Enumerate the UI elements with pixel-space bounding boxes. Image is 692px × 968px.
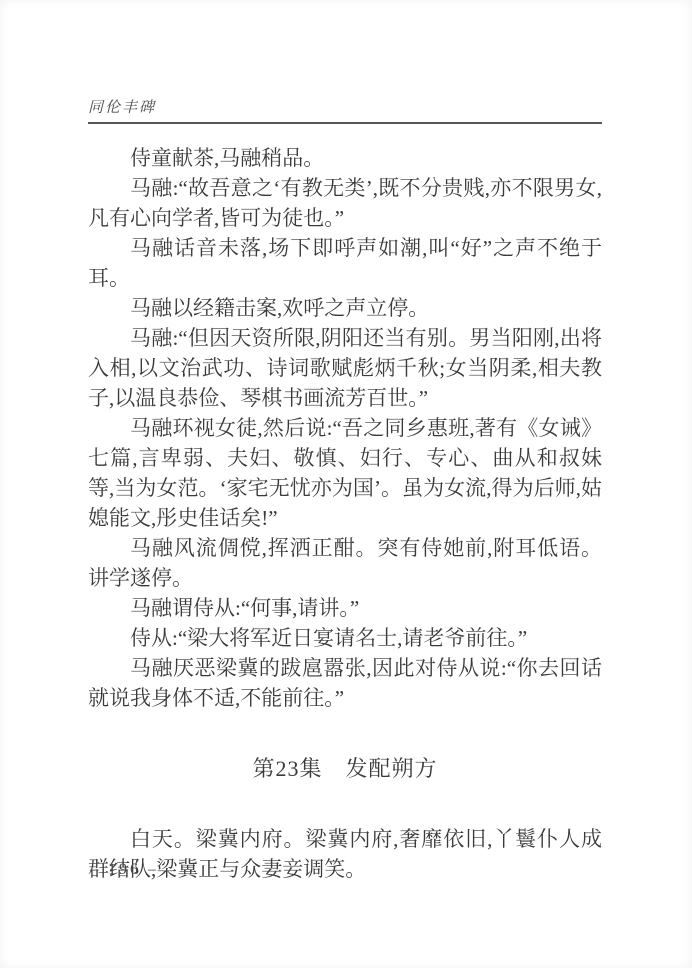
book-page: 同伦丰碑 侍童献茶,马融稍品。 马融:“故吾意之‘有教无类’,既不分贵贱,亦不限… [0, 0, 692, 968]
paragraph: 马融厌恶梁冀的跋扈嚣张,因此对侍从说:“你去回话就说我身体不适,不能前往。” [88, 653, 602, 713]
paragraph: 白天。梁冀内府。梁冀内府,奢靡依旧,丫鬟仆人成群结队,梁冀正与众妻妾调笑。 [88, 824, 602, 884]
running-header: 同伦丰碑 [88, 96, 602, 122]
paragraph: 马融环视女徒,然后说:“吾之同乡惠班,著有《女诫》七篇,言卑弱、夫妇、敬慎、妇行… [88, 413, 602, 533]
paragraph: 马融谓侍从:“何事,请讲。” [88, 593, 602, 623]
paragraph: 马融以经籍击案,欢呼之声立停。 [88, 293, 602, 323]
paragraph: 侍从:“梁大将军近日宴请名士,请老爷前往。” [88, 623, 602, 653]
paragraph: 马融风流倜傥,挥洒正酣。突有侍她前,附耳低语。讲学遂停。 [88, 533, 602, 593]
page-number: – 196 – [90, 861, 159, 879]
paragraph: 马融话音未落,场下即呼声如潮,叫“好”之声不绝于耳。 [88, 233, 602, 293]
paragraph: 马融:“但因天资所限,阴阳还当有别。男当阳刚,出将入相,以文治武功、诗词歌赋彪炳… [88, 323, 602, 413]
header-rule [88, 122, 602, 124]
paragraph: 马融:“故吾意之‘有教无类’,既不分贵贱,亦不限男女,凡有心向学者,皆可为徒也。… [88, 173, 602, 233]
paragraph: 侍童献茶,马融稍品。 [88, 143, 602, 173]
page-body: 侍童献茶,马融稍品。 马融:“故吾意之‘有教无类’,既不分贵贱,亦不限男女,凡有… [88, 143, 602, 884]
section-heading: 第23集 发配朔方 [88, 752, 602, 783]
page-content: 同伦丰碑 侍童献茶,马融稍品。 马融:“故吾意之‘有教无类’,既不分贵贱,亦不限… [88, 96, 602, 884]
page-header: 同伦丰碑 [88, 96, 602, 124]
